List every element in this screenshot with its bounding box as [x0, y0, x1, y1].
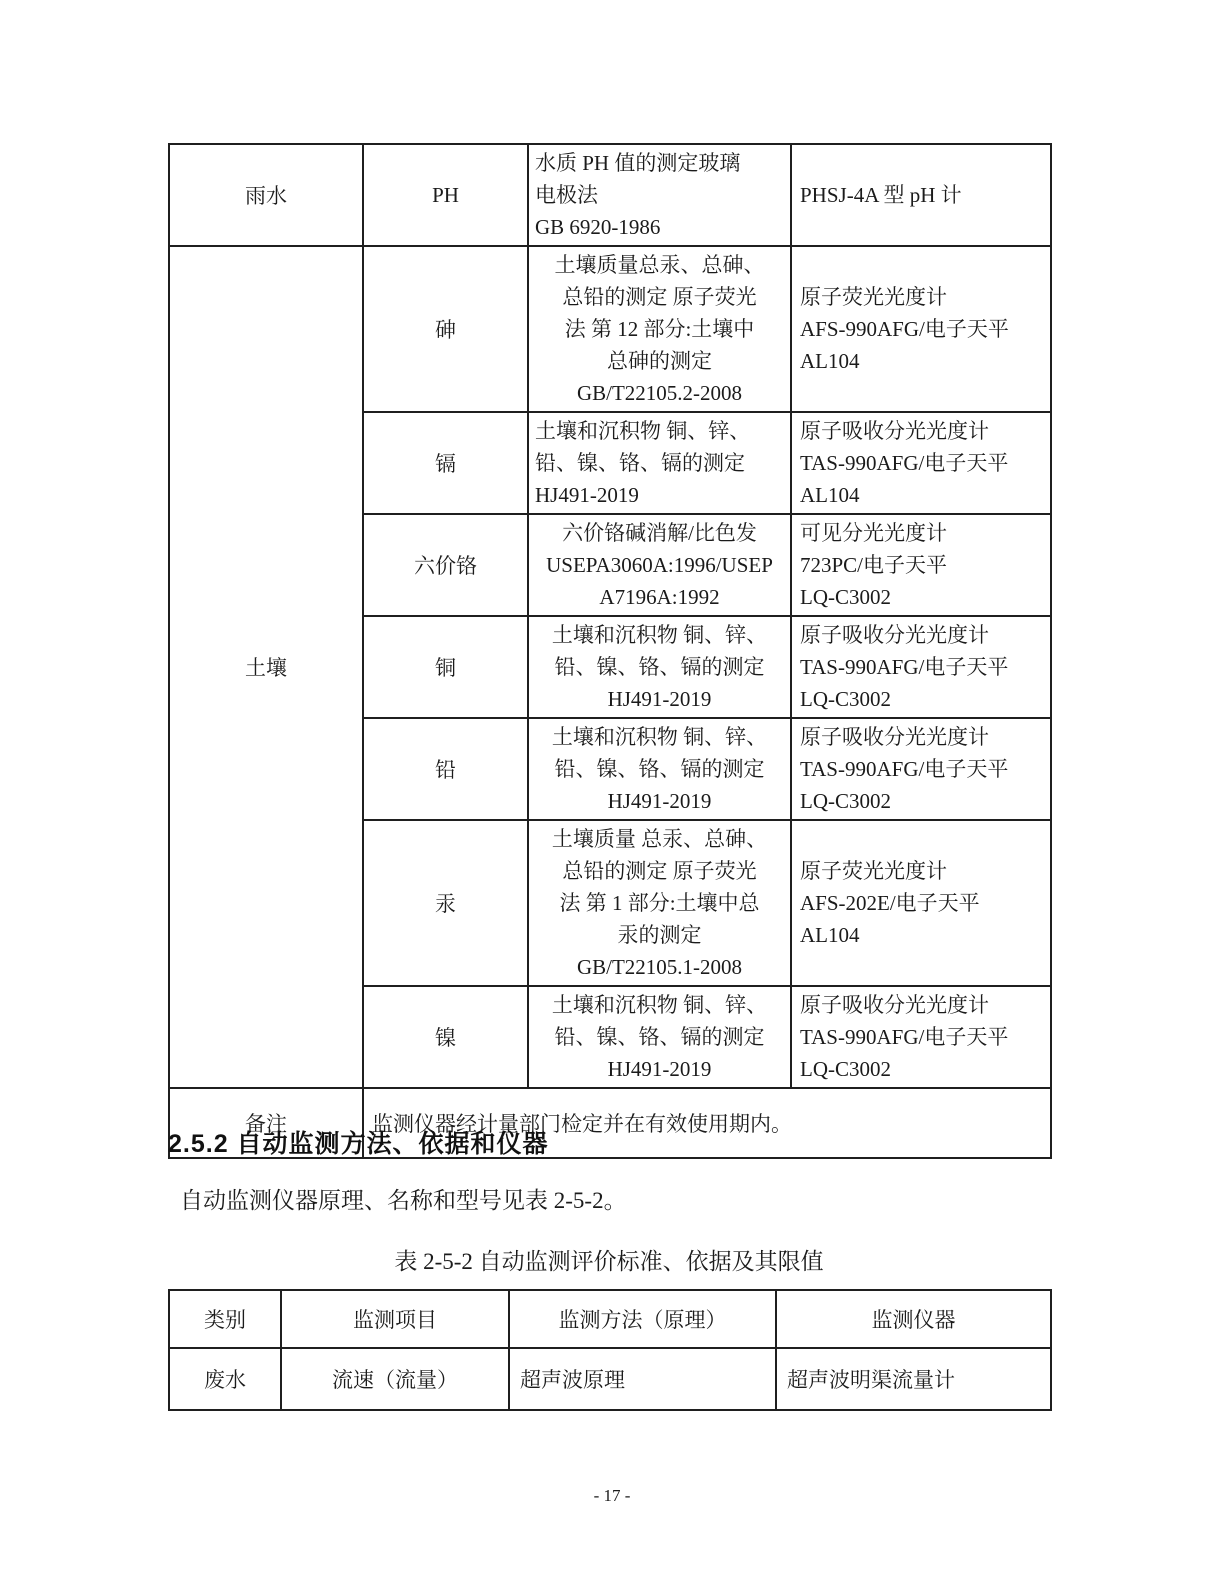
table-row: 废水 流速（流量） 超声波原理 超声波明渠流量计 — [169, 1348, 1051, 1410]
category-cell: 雨水 — [169, 144, 363, 246]
header-row: 类别 监测项目 监测方法（原理） 监测仪器 — [169, 1290, 1051, 1348]
item-cell: PH — [363, 144, 528, 246]
item-cell: 铅 — [363, 718, 528, 820]
section-heading: 2.5.2 自动监测方法、依据和仪器 — [168, 1124, 549, 1160]
instrument-cell: PHSJ-4A 型 pH 计 — [791, 144, 1051, 246]
item-cell: 镉 — [363, 412, 528, 514]
instrument-cell: 原子吸收分光光度计 TAS-990AFG/电子天平 AL104 — [791, 412, 1051, 514]
instrument-cell: 可见分光光度计 723PC/电子天平 LQ-C3002 — [791, 514, 1051, 616]
header-cell-category: 类别 — [169, 1290, 281, 1348]
page-number: - 17 - — [0, 1486, 1224, 1506]
method-cell: 六价铬碱消解/比色发 USEPA3060A:1996/USEP A7196A:1… — [528, 514, 791, 616]
method-cell: 超声波原理 — [509, 1348, 776, 1410]
instrument-cell: 原子吸收分光光度计 TAS-990AFG/电子天平 LQ-C3002 — [791, 616, 1051, 718]
method-cell: 土壤质量 总汞、总砷、 总铅的测定 原子荧光 法 第 1 部分:土壤中总 汞的测… — [528, 820, 791, 986]
item-cell: 汞 — [363, 820, 528, 986]
item-cell: 砷 — [363, 246, 528, 412]
item-cell: 六价铬 — [363, 514, 528, 616]
item-cell: 流速（流量） — [281, 1348, 509, 1410]
method-cell: 水质 PH 值的测定玻璃 电极法 GB 6920-1986 — [528, 144, 791, 246]
header-cell-instrument: 监测仪器 — [776, 1290, 1051, 1348]
item-cell: 铜 — [363, 616, 528, 718]
method-cell: 土壤和沉积物 铜、锌、 铅、镍、铬、镉的测定 HJ491-2019 — [528, 412, 791, 514]
item-cell: 镍 — [363, 986, 528, 1088]
instrument-cell: 原子荧光光度计 AFS-990AFG/电子天平 AL104 — [791, 246, 1051, 412]
category-cell: 废水 — [169, 1348, 281, 1410]
auto-monitoring-table: 类别 监测项目 监测方法（原理） 监测仪器 废水 流速（流量） 超声波原理 超声… — [168, 1289, 1052, 1411]
method-cell: 土壤和沉积物 铜、锌、 铅、镍、铬、镉的测定 HJ491-2019 — [528, 986, 791, 1088]
category-cell: 土壤 — [169, 246, 363, 1088]
instrument-cell: 原子吸收分光光度计 TAS-990AFG/电子天平 LQ-C3002 — [791, 986, 1051, 1088]
method-cell: 土壤质量总汞、总砷、 总铅的测定 原子荧光 法 第 12 部分:土壤中 总砷的测… — [528, 246, 791, 412]
monitoring-methods-table: 雨水 PH 水质 PH 值的测定玻璃 电极法 GB 6920-1986 PHSJ… — [168, 143, 1052, 1159]
instrument-cell: 原子吸收分光光度计 TAS-990AFG/电子天平 LQ-C3002 — [791, 718, 1051, 820]
instrument-cell: 超声波明渠流量计 — [776, 1348, 1051, 1410]
method-cell: 土壤和沉积物 铜、锌、 铅、镍、铬、镉的测定 HJ491-2019 — [528, 718, 791, 820]
section-paragraph: 自动监测仪器原理、名称和型号见表 2-5-2。 — [180, 1182, 627, 1215]
table-row: 雨水 PH 水质 PH 值的测定玻璃 电极法 GB 6920-1986 PHSJ… — [169, 144, 1051, 246]
method-cell: 土壤和沉积物 铜、锌、 铅、镍、铬、镉的测定 HJ491-2019 — [528, 616, 791, 718]
document-page: 雨水 PH 水质 PH 值的测定玻璃 电极法 GB 6920-1986 PHSJ… — [0, 0, 1224, 1584]
table-row: 土壤 砷 土壤质量总汞、总砷、 总铅的测定 原子荧光 法 第 12 部分:土壤中… — [169, 246, 1051, 412]
header-cell-item: 监测项目 — [281, 1290, 509, 1348]
table-caption: 表 2-5-2 自动监测评价标准、依据及其限值 — [168, 1243, 1050, 1276]
instrument-cell: 原子荧光光度计 AFS-202E/电子天平 AL104 — [791, 820, 1051, 986]
header-cell-method: 监测方法（原理） — [509, 1290, 776, 1348]
